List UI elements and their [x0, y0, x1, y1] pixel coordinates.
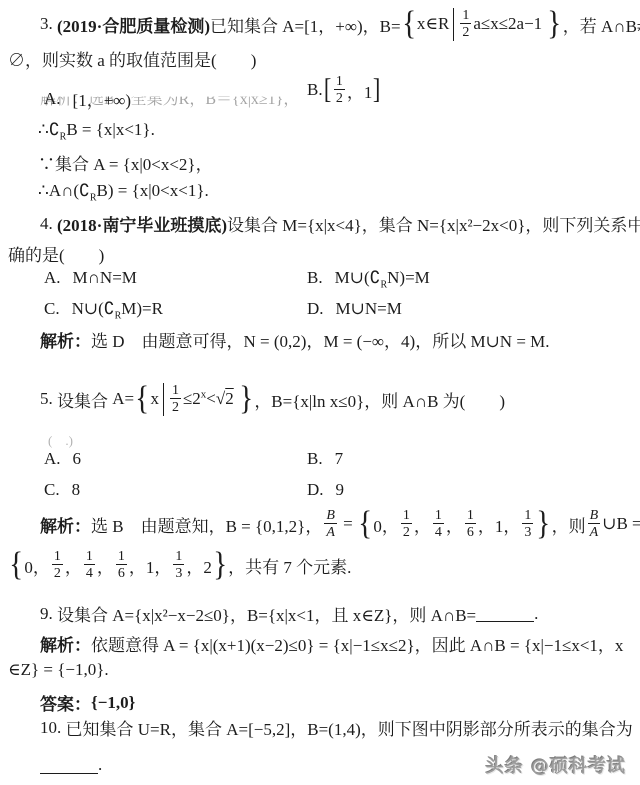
fraction: 12: [401, 508, 412, 541]
math-run: B = {x|x<1}.: [66, 120, 155, 140]
q4-option-c: C.N∪(∁RM)=R: [44, 299, 163, 319]
answer-blank: [476, 605, 534, 622]
math-run: x∈R: [417, 14, 449, 34]
option-label: A.: [44, 449, 61, 469]
math-run: ，1，: [478, 512, 521, 537]
q9-answer: 答案：{−1,0}: [40, 690, 135, 715]
q3-solution-line-1: ∴∁RB = {x|x<1}.: [38, 120, 155, 140]
q3-solution-line-2: ∵集合 A = {x|0<x<2}，: [38, 150, 213, 175]
complement-symbol: ∁R: [49, 120, 67, 140]
left-brace: {: [402, 8, 416, 40]
option-text: 8: [72, 480, 81, 500]
question-number: 4.: [40, 214, 53, 234]
fraction: 12: [52, 549, 63, 582]
question-9-line-1: 9. 设集合 A={x|x²−x−2≤0}，B={x|x<1，且 x∈Z}，则 …: [40, 601, 538, 626]
text-run: ，B={x|ln x≤0}，则 A∩B 为( ): [254, 387, 505, 412]
option-label: B.: [307, 268, 323, 288]
q4-option-b: B.M∪(∁RN)=M: [307, 268, 430, 288]
option-label: B.: [307, 80, 323, 100]
math-run: B) = {x|0<x<1}.: [97, 181, 209, 201]
complement-symbol: ∁R: [79, 181, 97, 201]
math-run: =: [339, 514, 357, 534]
comma: ，: [414, 512, 431, 537]
text-run: .: [534, 604, 538, 624]
question-number: 5.: [40, 389, 53, 409]
math-run: ∵集合 A = {x|0<x<2}，: [38, 150, 213, 175]
q3-solution-line-3: ∴A∩(∁RB) = {x|0<x<1}.: [38, 181, 209, 201]
q5-solution-line-2: {0，12，14，16，1，13，2}，共有 7 个元素.: [8, 549, 351, 582]
comma: ，: [65, 553, 82, 578]
math-run: 0，: [24, 553, 50, 578]
text-run: 已知集合: [210, 12, 282, 37]
option-label: B.: [307, 449, 323, 469]
text-run: 设集合 M={x|x<4}，集合 N={x|x²−2x<0}，则下列关系中正: [227, 211, 640, 236]
question-10-line-1: 10. 已知集合 U=R，集合 A=[−5,2]，B=(1,4)，则下图中阴影部…: [40, 715, 633, 740]
math-run: A=: [112, 389, 134, 409]
set-divider-bar: [163, 383, 164, 416]
option-text: [1，+∞): [73, 86, 132, 111]
fraction: 12: [334, 74, 345, 107]
complement-symbol: ∁R: [104, 299, 122, 318]
option-label: A.: [44, 89, 61, 109]
text-run: ∅，则实数 a 的取值范围是( ): [8, 46, 256, 71]
left-brace: {: [9, 549, 23, 581]
option-text: 9: [336, 480, 345, 500]
math-run: <: [206, 389, 216, 409]
math-run: 0，: [373, 512, 399, 537]
text-run: ，共有 7 个元素.: [228, 553, 351, 578]
q5-solution-line-1: 解析：选 B 由题意知，B = {0,1,2}，BA = {0，12，14，16…: [40, 508, 640, 541]
q5-option-a: A.6: [44, 449, 81, 469]
question-5-line-1: 5. 设集合 A={x12≤2x<√2 }，B={x|ln x≤0}，则 A∩B…: [40, 383, 505, 416]
text-run: ，则: [552, 512, 586, 537]
fraction: 14: [433, 508, 444, 541]
solution-choice: 选 D: [91, 327, 125, 352]
text-run: .: [98, 755, 102, 775]
right-brace: }: [213, 549, 227, 581]
option-text: M∩N=M: [73, 268, 137, 288]
text-run: 已知集合 U=R，集合 A=[−5,2]，B=(1,4)，则下图中阴影部分所表示…: [66, 715, 633, 740]
fraction: 13: [522, 508, 533, 541]
q5-option-d: D.9: [307, 480, 344, 500]
q9-solution-line-2: ∈Z} = {−1,0}.: [8, 660, 109, 680]
right-bracket: ]: [373, 77, 380, 104]
question-10-line-2: .: [40, 755, 102, 775]
text-run: 设集合: [57, 387, 112, 412]
option-label: D.: [307, 480, 324, 500]
text-run: 确的是( ): [8, 241, 104, 266]
math-run: A=[1，+∞)，B=: [282, 12, 400, 37]
text-run: 设集合 A={x|x²−x−2≤0}，B={x|x<1，且 x∈Z}，则 A∩B…: [57, 601, 476, 626]
left-bracket: [: [324, 77, 331, 104]
option-text: 7: [335, 449, 344, 469]
right-brace: }: [548, 8, 562, 40]
question-number: 10.: [40, 718, 61, 738]
power-expression: 2x: [192, 389, 206, 409]
solution-text: 依题意得 A = {x|(x+1)(x−2)≤0} = {x|−1≤x≤2}，因…: [91, 631, 623, 656]
question-3-line-2: ∅，则实数 a 的取值范围是( ): [8, 46, 256, 71]
question-number: 9.: [40, 604, 53, 624]
solution-text: 由题意可得，N = (0,2)，M = (−∞，4)，所以 M∪N = M.: [125, 327, 550, 352]
fraction: BA: [324, 508, 337, 541]
q4-option-a: A.M∩N=M: [44, 268, 137, 288]
sqrt-expression: √2: [216, 389, 234, 409]
complement-symbol: ∁R: [370, 268, 388, 287]
solution-text: 由题意知，B = {0,1,2}，: [124, 512, 323, 537]
watermark: 头条 @硕科考试: [486, 752, 626, 778]
question-source: (2018·南宁毕业班摸底): [57, 211, 227, 236]
option-text: N∪(∁RM)=R: [72, 299, 163, 319]
fraction: 12: [460, 8, 471, 41]
q4-solution: 解析：选 D 由题意可得，N = (0,2)，M = (−∞，4)，所以 M∪N…: [40, 327, 550, 352]
solution-text: ∈Z} = {−1,0}.: [8, 660, 109, 680]
question-4-line-2: 确的是( ): [8, 241, 104, 266]
math-run: ，2: [186, 553, 212, 578]
right-brace: }: [239, 383, 253, 415]
fraction: 14: [84, 549, 95, 582]
question-number: 3.: [40, 14, 53, 34]
left-brace: {: [135, 383, 149, 415]
fraction: BA: [588, 508, 601, 541]
math-run: ，1，: [129, 553, 172, 578]
solution-label: 解析：: [40, 631, 91, 656]
question-source: (2019·合肥质量检测): [57, 12, 210, 37]
option-text: ，1: [347, 78, 373, 103]
fraction: 13: [173, 549, 184, 582]
option-text: M∪N=M: [336, 299, 402, 319]
math-run: ∪B =: [602, 514, 640, 534]
fraction: 16: [465, 508, 476, 541]
set-divider-bar: [453, 8, 454, 41]
math-run: ∴: [38, 120, 49, 140]
option-label: D.: [307, 299, 324, 319]
q3-option-b: B.[12，1]: [307, 74, 382, 107]
left-brace: {: [358, 508, 372, 540]
fraction: 12: [170, 383, 181, 416]
comma: ，: [97, 553, 114, 578]
question-3-line-1: 3. (2019·合肥质量检测)已知集合 A=[1，+∞)，B={x∈R12a≤…: [40, 8, 640, 41]
q5-option-c: C.8: [44, 480, 80, 500]
q9-solution-line-1: 解析：依题意得 A = {x|(x+1)(x−2)≤0} = {x|−1≤x≤2…: [40, 631, 623, 656]
q5-option-b: B.7: [307, 449, 343, 469]
solution-choice: 选 B: [91, 512, 124, 537]
q3-option-a: A.[1，+∞): [44, 86, 131, 111]
right-brace: }: [537, 508, 551, 540]
math-run: ∴A∩(: [38, 181, 79, 201]
option-text: 6: [73, 449, 82, 469]
question-4-line-1: 4. (2018·南宁毕业班摸底)设集合 M={x|x<4}，集合 N={x|x…: [40, 211, 640, 236]
answer-blank: [40, 757, 98, 774]
text-run: ，若 A∩B≠: [563, 12, 640, 37]
solution-label: 解析：: [40, 327, 91, 352]
solution-label: 解析：: [40, 512, 91, 537]
option-label: A.: [44, 268, 61, 288]
scan-artifact: ( .): [48, 430, 73, 449]
q4-option-d: D.M∪N=M: [307, 299, 402, 319]
fraction: 16: [116, 549, 127, 582]
option-label: C.: [44, 299, 60, 319]
comma: ，: [446, 512, 463, 537]
answer-label: 答案：: [40, 690, 91, 715]
option-text: M∪(∁RN)=M: [335, 268, 430, 288]
math-run: ≤: [183, 389, 192, 409]
math-run: a≤x≤2a−1: [473, 14, 546, 34]
math-run: x: [150, 389, 159, 409]
option-label: C.: [44, 480, 60, 500]
answer-text: {−1,0}: [91, 693, 135, 713]
document-page: 3. (2019·合肥质量检测)已知集合 A=[1，+∞)，B={x∈R12a≤…: [0, 0, 640, 785]
